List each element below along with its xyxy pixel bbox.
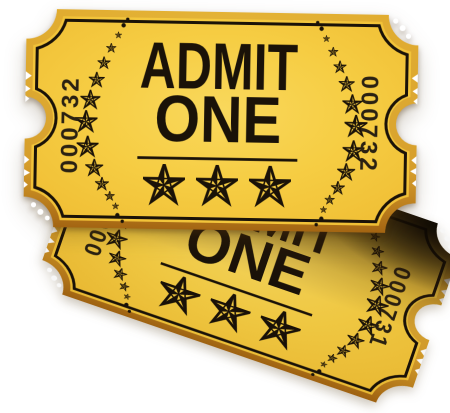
serial-number-left: 000732 xyxy=(56,75,85,174)
one-text: ONE xyxy=(154,81,282,157)
ticket-scene: 000731 000731 ADMIT ONE 0007 xyxy=(0,0,450,413)
serial-number-right: 000732 xyxy=(354,75,383,174)
front-ticket: 000732 000732 ADMIT ONE xyxy=(23,9,419,234)
